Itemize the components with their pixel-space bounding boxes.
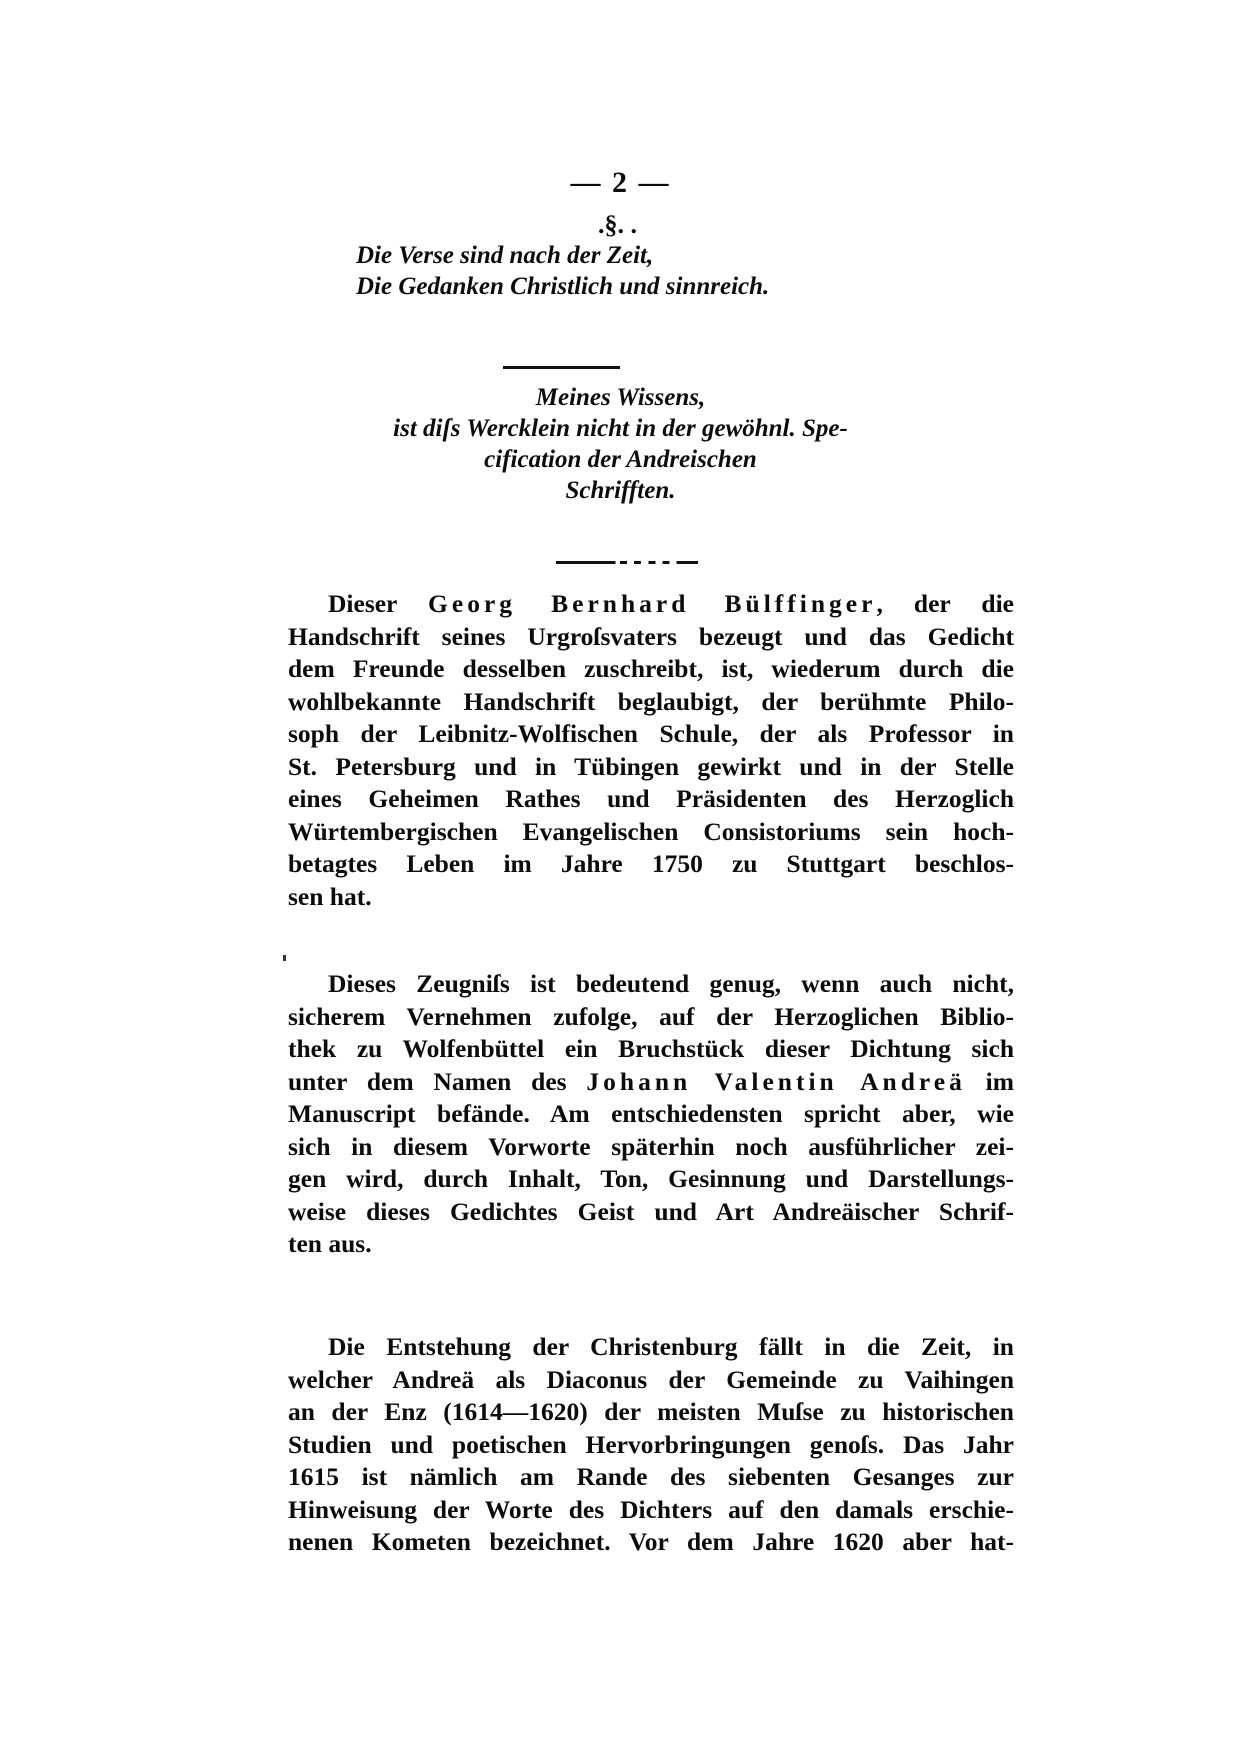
paragraph-line: thek zu Wolfenbüttel ein Bruchstück dies… [288, 1033, 1014, 1066]
paragraph-line: unter dem Namen des Johann Valentin Andr… [288, 1066, 1014, 1099]
spaced-proper-name: Johann Valentin Andreä [586, 1067, 965, 1096]
paragraph-line: Die Entstehung der Christenburg fällt in… [288, 1331, 1014, 1364]
paragraph-line: sicherem Vernehmen zufolge, auf der Herz… [288, 1001, 1014, 1034]
paragraph-line: Manuscript befände. Am entschiedensten s… [288, 1098, 1014, 1131]
paragraph-line: Dieser Georg Bernhard Bülffinger, der di… [288, 588, 1014, 621]
paragraph-line: betagtes Leben im Jahre 1750 zu Stuttgar… [288, 848, 1014, 881]
spaced-proper-name: Georg Bernhard Bülffinger [428, 589, 876, 618]
paragraph-christenburg: Die Entstehung der Christenburg fällt in… [288, 1331, 1014, 1559]
paragraph-line: Studien und poetischen Hervorbringungen … [288, 1429, 1014, 1462]
verse-line: Die Verse sind nach der Zeit, [356, 240, 956, 271]
page-number: — 2 — [0, 166, 1241, 200]
document-page: — 2 — .§. . Die Verse sind nach der Zeit… [0, 0, 1241, 1754]
paragraph-line: welcher Andreä als Diaconus der Gemeinde… [288, 1364, 1014, 1397]
paragraph-line: Würtembergischen Evangelischen Consistor… [288, 816, 1014, 849]
paragraph-zeugnis: Dieses Zeugniſs ist bedeutend genug, wen… [288, 968, 1014, 1261]
paragraph-line: 1615 ist nämlich am Rande des siebenten … [288, 1461, 1014, 1494]
verse-line: Die Gedanken Christlich und sinnreich. [356, 271, 956, 302]
verse-quote: Die Verse sind nach der Zeit, Die Gedank… [356, 240, 956, 302]
paragraph-line: dem Freunde desselben zuschreibt, ist, w… [288, 653, 1014, 686]
paragraph-line: eines Geheimen Rathes und Präsidenten de… [288, 783, 1014, 816]
paragraph-line: Dieses Zeugniſs ist bedeutend genug, wen… [288, 968, 1014, 1001]
section-ornament: .§. . [598, 210, 637, 240]
divider-rule [503, 366, 620, 369]
paragraph-line: sich in diesem Vorworte späterhin noch a… [288, 1131, 1014, 1164]
note-line: ist diſs Wercklein nicht in der gewöhnl.… [0, 413, 1241, 444]
paragraph-line: Hinweisung der Worte des Dichters auf de… [288, 1494, 1014, 1527]
paragraph-line: gen wird, durch Inhalt, Ton, Gesinnung u… [288, 1163, 1014, 1196]
annotation-note: Meines Wissens, ist diſs Wercklein nicht… [0, 382, 1241, 506]
paragraph-line: St. Petersburg und in Tübingen gewirkt u… [288, 751, 1014, 784]
paragraph-line: Handschrift seines Urgroſsvaters bezeugt… [288, 621, 1014, 654]
stray-ink-mark [283, 955, 286, 961]
note-line: Meines Wissens, [0, 382, 1241, 413]
note-line: cification der Andreischen [0, 444, 1241, 475]
paragraph-line: weise dieses Gedichtes Geist und Art And… [288, 1196, 1014, 1229]
paragraph-buelffinger: Dieser Georg Bernhard Bülffinger, der di… [288, 588, 1014, 913]
dashed-divider-rule [556, 561, 698, 564]
paragraph-line: wohlbekannte Handschrift beglaubigt, der… [288, 686, 1014, 719]
paragraph-line: an der Enz (1614—1620) der meisten Muſse… [288, 1396, 1014, 1429]
note-line: Schrifften. [0, 475, 1241, 506]
paragraph-line: sen hat. [288, 881, 1014, 914]
paragraph-line: soph der Leibnitz-Wolfischen Schule, der… [288, 718, 1014, 751]
paragraph-line: ten aus. [288, 1228, 1014, 1261]
paragraph-line: nenen Kometen bezeichnet. Vor dem Jahre … [288, 1526, 1014, 1559]
